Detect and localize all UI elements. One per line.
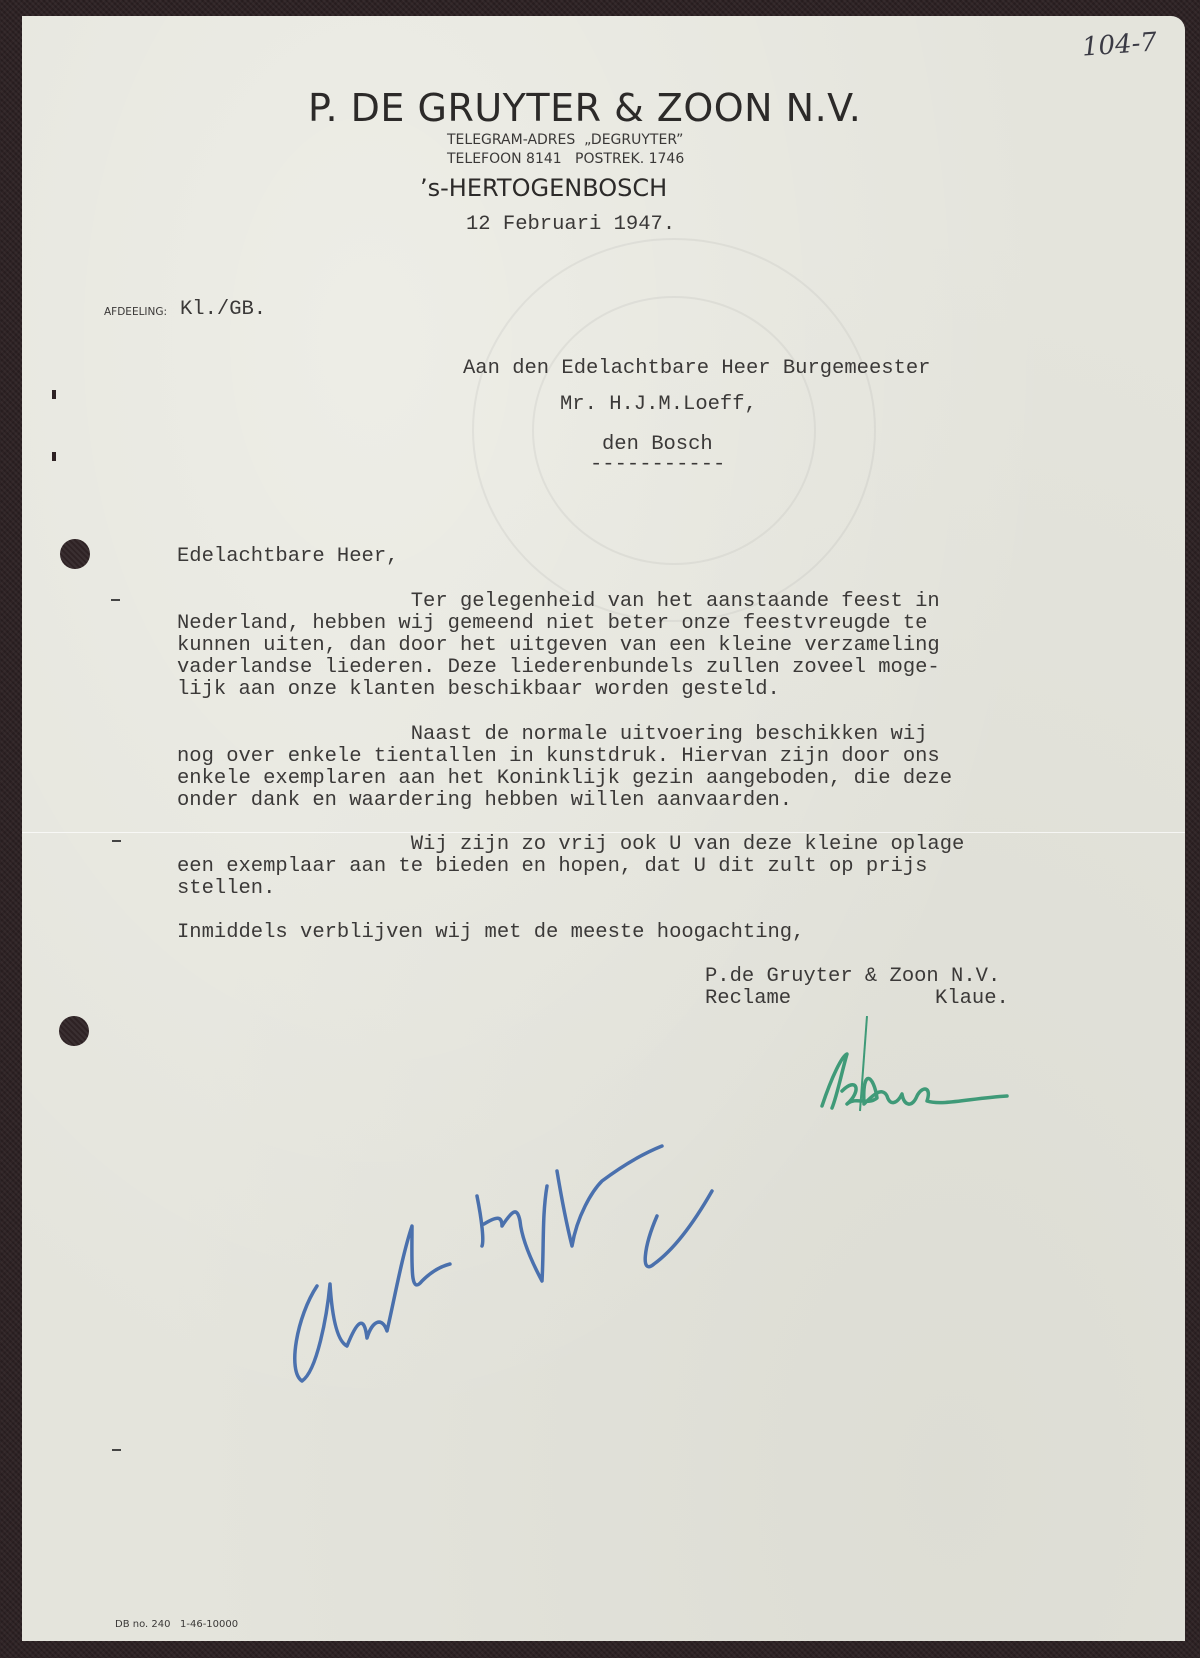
margin-tick <box>112 1449 121 1451</box>
letter-page: 104-7 P. DE GRUYTER & ZOON N.V. TELEGRAM… <box>22 16 1185 1641</box>
paragraph-line: nog over enkele tientallen in kunstdruk.… <box>177 746 940 769</box>
letterhead-city: ’s-HERTOGENBOSCH <box>420 174 667 202</box>
margin-tick <box>112 840 121 842</box>
paragraph-line: Naast de normale uitvoering beschikken w… <box>177 724 927 747</box>
department-label: AFDEELING: <box>104 306 167 318</box>
paragraph-line: onder dank en waardering hebben willen a… <box>177 790 792 813</box>
letterhead-phone: TELEFOON 8141 POSTREK. 1746 <box>447 151 684 167</box>
punch-hole-top <box>60 539 90 569</box>
letterhead-company: P. DE GRUYTER & ZOON N.V. <box>308 86 861 130</box>
department-value: Kl./GB. <box>180 299 266 322</box>
paragraph-line: enkele exemplaren aan het Koninklijk gez… <box>177 768 952 791</box>
paragraph-line: Nederland, hebben wij gemeend niet beter… <box>177 613 927 636</box>
paragraph-line: stellen. <box>177 878 275 901</box>
pencil-annotation-antwoord <box>272 1116 732 1406</box>
letterhead-telegram: TELEGRAM-ADRES „DEGRUYTER” <box>447 132 683 148</box>
staple-mark <box>52 390 56 399</box>
recipient-line-2: Mr. H.J.M.Loeff, <box>560 394 757 417</box>
paragraph-line: lijk aan onze klanten beschikbaar worden… <box>177 679 780 702</box>
paragraph-line: Ter gelegenheid van het aanstaande feest… <box>177 591 940 614</box>
signature-name: Klaue. <box>935 988 1009 1011</box>
faint-stamp-inner-ring <box>532 296 816 565</box>
closing-line: Inmiddels verblijven wij met de meeste h… <box>177 922 804 945</box>
signature-company: P.de Gruyter & Zoon N.V. <box>705 966 1000 989</box>
paragraph-line: Wij zijn zo vrij ook U van deze kleine o… <box>177 834 964 857</box>
margin-tick <box>111 599 120 601</box>
paragraph-line: kunnen uiten, dan door het uitgeven van … <box>177 635 940 658</box>
punch-hole-bottom <box>59 1016 89 1046</box>
staple-mark <box>52 452 56 461</box>
handwritten-signature-klaue <box>802 1016 1032 1126</box>
salutation: Edelachtbare Heer, <box>177 546 398 569</box>
signature-department: Reclame <box>705 988 791 1011</box>
recipient-line-1: Aan den Edelachtbare Heer Burgemeester <box>463 358 930 381</box>
form-number-footer: DB no. 240 1-46-10000 <box>115 1619 238 1630</box>
paragraph-line: een exemplaar aan te bieden en hopen, da… <box>177 856 927 879</box>
recipient-underline: ----------- <box>590 454 725 477</box>
letter-date: 12 Februari 1947. <box>466 214 675 237</box>
paragraph-line: vaderlandse liederen. Deze liederenbunde… <box>177 657 940 680</box>
archive-reference: 104-7 <box>1081 27 1158 62</box>
